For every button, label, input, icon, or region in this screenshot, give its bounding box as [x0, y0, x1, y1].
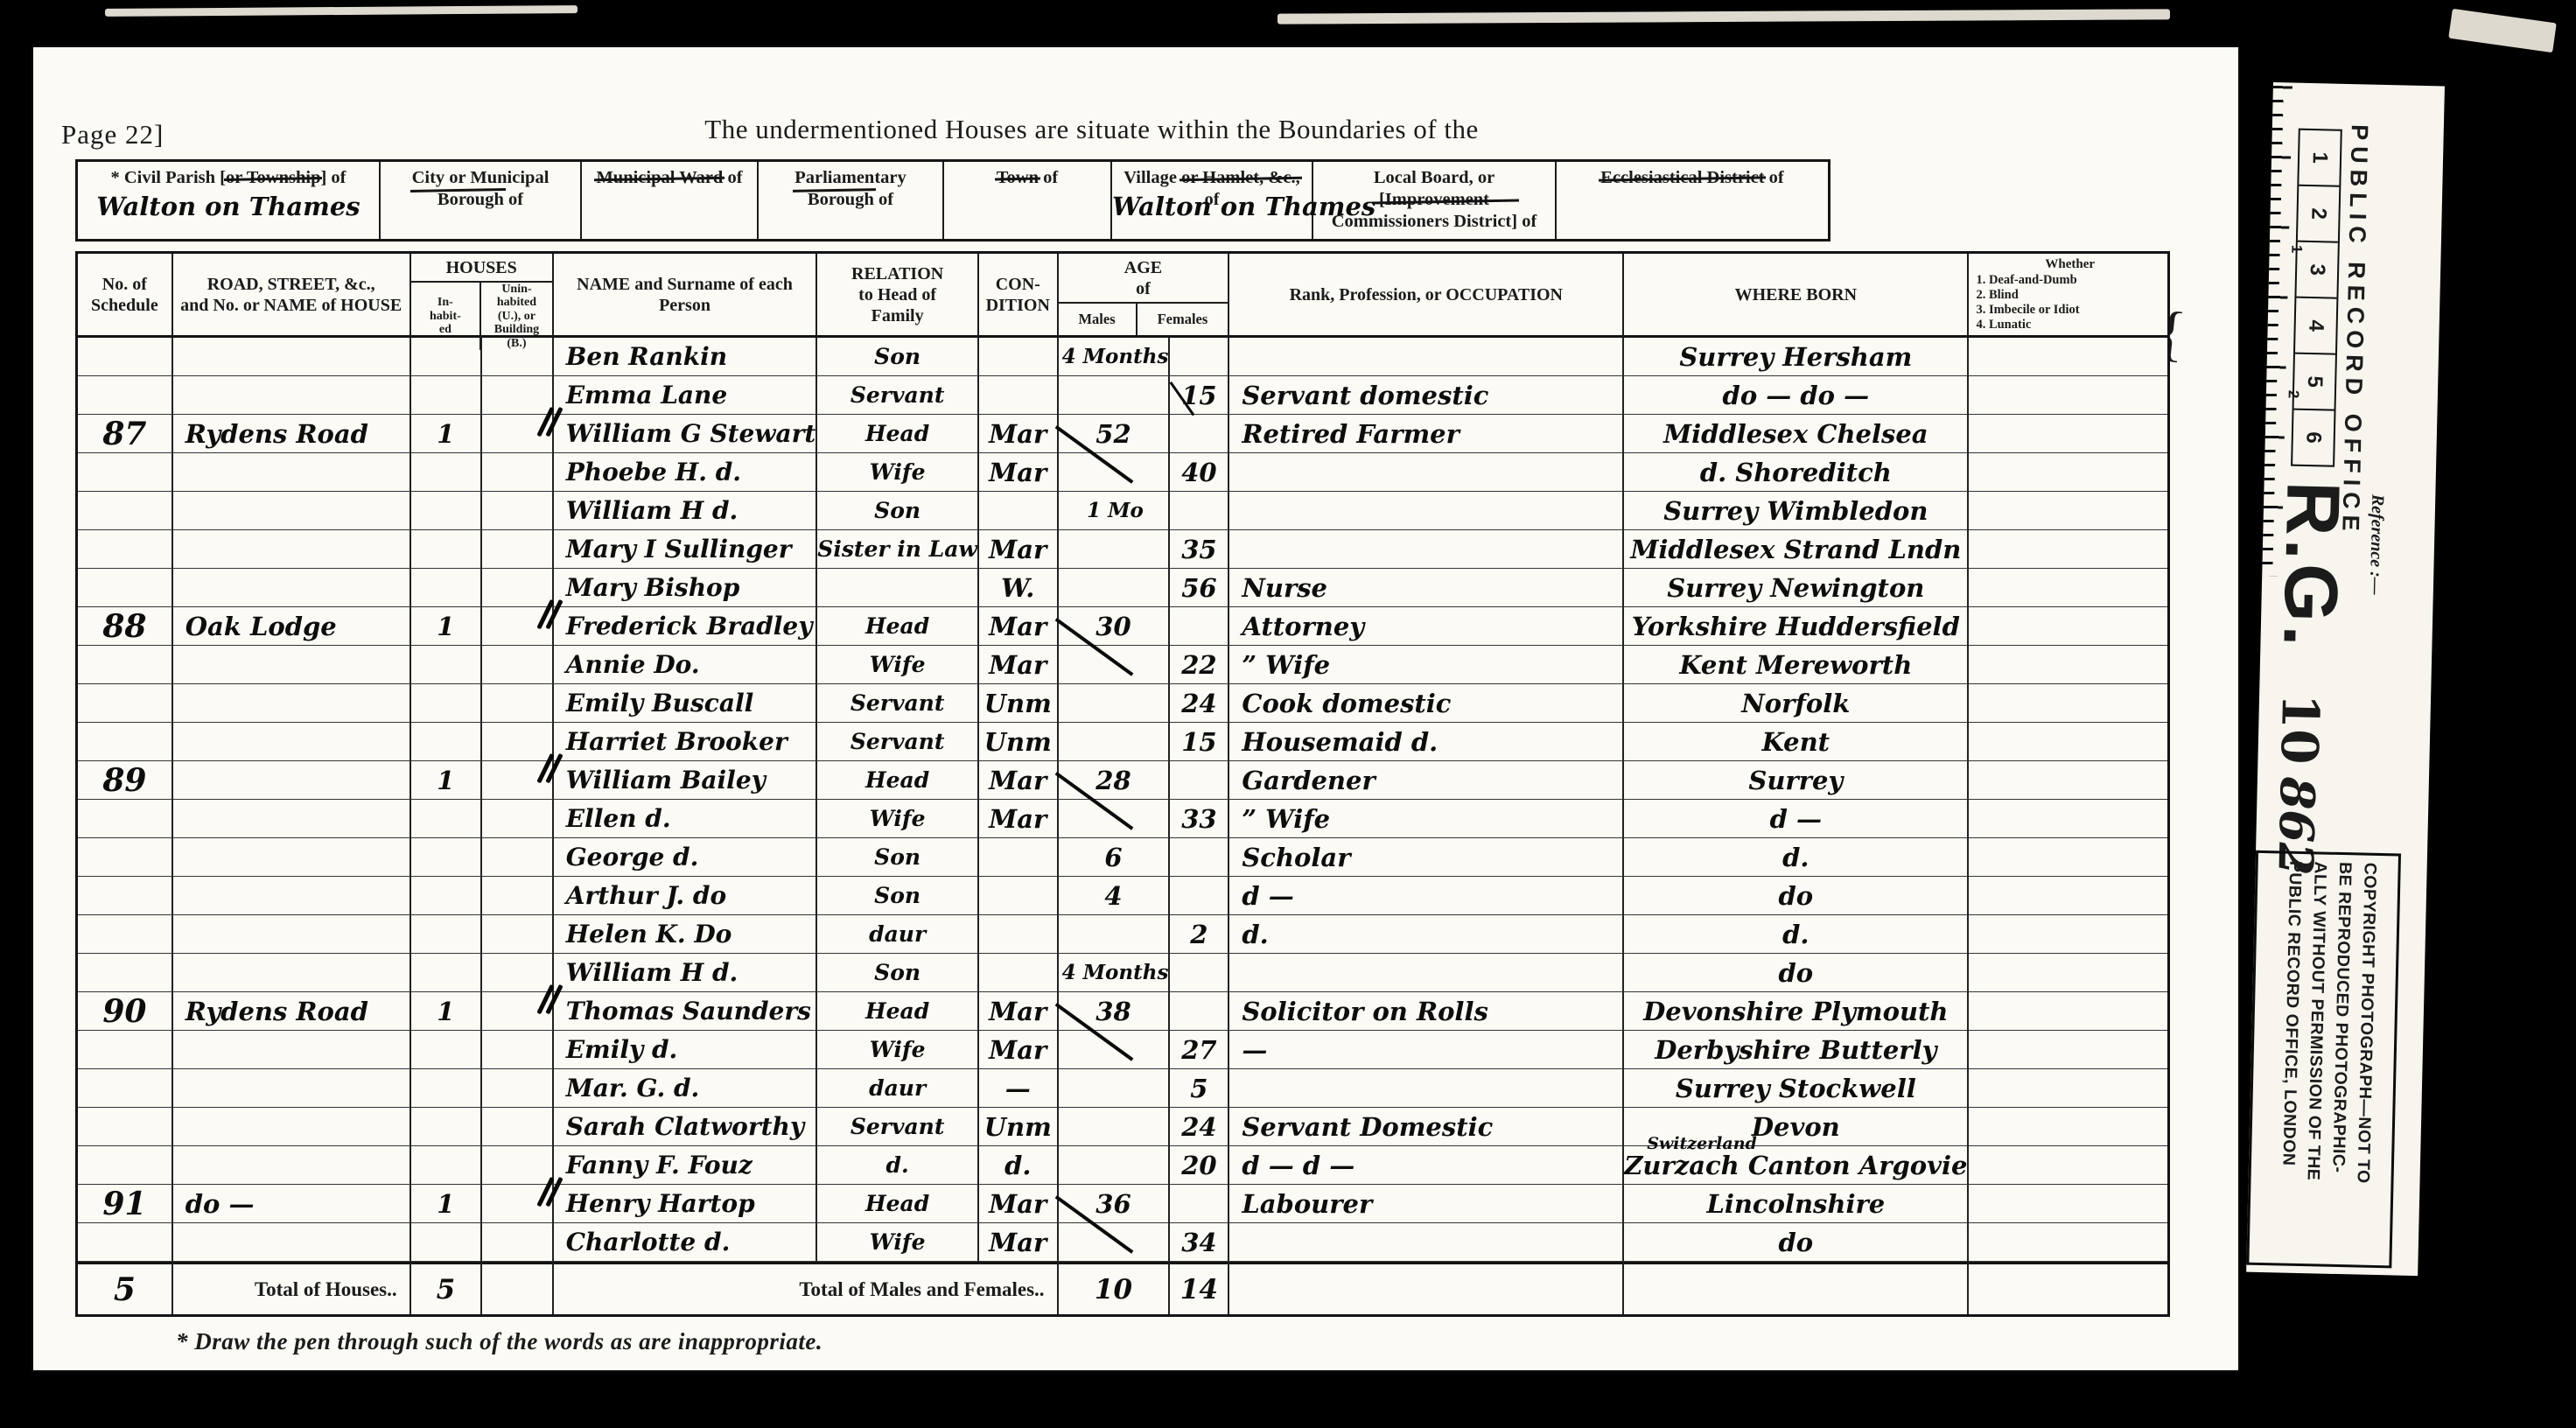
cell-road [173, 530, 411, 569]
cell-road [173, 376, 411, 415]
band-cell-label: Town of [944, 167, 1110, 189]
cell-relation: Servant [817, 1108, 979, 1146]
cell-relation: Head [817, 607, 979, 646]
cell-occupation [1229, 530, 1624, 569]
cell-schedule [78, 530, 173, 569]
cell-occupation: Servant domestic [1229, 376, 1624, 415]
cell-occupation: Housemaid d. [1229, 723, 1624, 761]
cell-schedule: 87 [78, 415, 173, 453]
col-header-houses: HOUSES In- habit- ed Unin- habited (U.),… [411, 254, 554, 338]
cell-whether [1969, 530, 2167, 569]
cell-schedule [78, 1069, 173, 1108]
cell-name: Henry Hartop [554, 1185, 818, 1223]
cell-age-female [1170, 992, 1229, 1031]
cell-whether [1969, 453, 2167, 492]
band-cell-2: Municipal Ward of [582, 162, 759, 239]
cell-age-male [1059, 684, 1171, 723]
cell-schedule [78, 684, 173, 723]
page-banner: The undermentioned Houses are situate wi… [704, 114, 1478, 145]
cell-occupation: d — d — [1229, 1146, 1624, 1185]
col-header-occupation: Rank, Profession, or OCCUPATION [1229, 254, 1624, 338]
cell-relation: daur [817, 915, 979, 954]
cell-inhabited [411, 877, 483, 915]
whether-title: Whether [2045, 257, 2095, 273]
cell-relation: Son [817, 838, 979, 877]
cell-where-born: d. [1624, 915, 1969, 954]
cell-relation: Son [817, 492, 979, 530]
cell-where-born: d. [1624, 838, 1969, 877]
cell-name: Arthur J. do [554, 877, 818, 915]
cell-uninhabited [482, 1031, 554, 1069]
cell-relation: Wife [817, 800, 979, 838]
cell-inhabited [411, 1146, 483, 1185]
cell-road [173, 1031, 411, 1069]
cell-where-born: Lincolnshire [1624, 1185, 1969, 1223]
census-sheet: Page 22] The undermentioned Houses are s… [31, 45, 2240, 1372]
totals-empty-cell [1624, 1262, 1969, 1314]
ruler-box-number: 1 [2299, 130, 2340, 187]
cell-age-male [1059, 1146, 1171, 1185]
cell-occupation [1229, 338, 1624, 376]
cell-age-male [1059, 723, 1171, 761]
band-cell-label: * Civil Parish [or Township] of [78, 167, 379, 189]
cell-whether [1969, 569, 2167, 607]
cell-condition [979, 877, 1059, 915]
cell-age-male [1059, 1108, 1171, 1146]
cell-condition [979, 492, 1059, 530]
cell-road [173, 1223, 411, 1262]
cell-age-female: 24 [1170, 684, 1229, 723]
col-header-condition: CON- DITION [979, 254, 1059, 338]
cell-occupation: Scholar [1229, 838, 1624, 877]
cell-uninhabited [482, 646, 554, 684]
cell-condition: — [979, 1069, 1059, 1108]
cell-inhabited [411, 1108, 483, 1146]
cell-schedule: 89 [78, 761, 173, 800]
cell-where-born: Middlesex Chelsea [1624, 415, 1969, 453]
cell-inhabited [411, 1069, 483, 1108]
cell-schedule [78, 646, 173, 684]
band-cell-5: Village or Hamlet, &c., ofWalton on Tham… [1112, 162, 1313, 239]
col-header-whether: Whether 1. Deaf-and-Dumb2. Blind3. Imbec… [1969, 254, 2167, 338]
cell-condition: Mar [979, 415, 1059, 453]
household-divider-mark [540, 1176, 563, 1211]
houses-group-title: HOUSES [411, 254, 552, 283]
age-group-title: AGE of [1059, 254, 1228, 304]
cell-inhabited [411, 338, 483, 376]
whether-items: 1. Deaf-and-Dumb2. Blind3. Imbecile or I… [1976, 273, 2079, 332]
cell-inhabited: 1 [411, 761, 483, 800]
cell-schedule [78, 569, 173, 607]
cell-occupation [1229, 492, 1624, 530]
cell-whether [1969, 1108, 2167, 1146]
reference-number: R.G. 10 862 [2260, 480, 2355, 877]
cell-schedule: 88 [78, 607, 173, 646]
cell-relation: d. [817, 1146, 979, 1185]
band-cell-3: Parliamentary Borough of [759, 162, 944, 239]
cell-age-female [1170, 877, 1229, 915]
cell-road [173, 915, 411, 954]
cell-age-male [1059, 376, 1171, 415]
cell-name: William H d. [554, 954, 818, 992]
cell-name: William Bailey [554, 761, 818, 800]
cell-name: Ellen d. [554, 800, 818, 838]
whether-item: 3. Imbecile or Idiot [1976, 303, 2079, 318]
cell-where-born: Surrey Stockwell [1624, 1069, 1969, 1108]
cell-name: Phoebe H. d. [554, 453, 818, 492]
cell-age-male: 28 [1059, 761, 1171, 800]
totals-empty-cell [1969, 1262, 2167, 1314]
cell-occupation: ” Wife [1229, 646, 1624, 684]
cell-uninhabited [482, 453, 554, 492]
cell-condition: Mar [979, 761, 1059, 800]
cell-age-male [1059, 530, 1171, 569]
cell-occupation: Cook domestic [1229, 684, 1624, 723]
cell-age-male [1059, 800, 1171, 838]
cell-age-male: 52 [1059, 415, 1171, 453]
cell-inhabited [411, 646, 483, 684]
cell-age-male [1059, 646, 1171, 684]
col-header-age: AGE of Males Females [1059, 254, 1230, 338]
cell-age-male: 4 Months [1059, 338, 1171, 376]
cell-name: Mary Bishop [554, 569, 818, 607]
cell-inhabited [411, 1223, 483, 1262]
cell-whether [1969, 415, 2167, 453]
cell-occupation: Attorney [1229, 607, 1624, 646]
cell-whether [1969, 761, 2167, 800]
cell-inhabited: 1 [411, 992, 483, 1031]
copyright-stamp-line: ALLY WITHOUT PERMISSION OF THE [2302, 861, 2328, 1256]
cell-road: Rydens Road [173, 415, 411, 453]
cell-name: Harriet Brooker [554, 723, 818, 761]
cell-uninhabited [482, 1223, 554, 1262]
cell-age-male [1059, 453, 1171, 492]
piece-number-part1: 10 [2269, 693, 2330, 765]
cell-uninhabited [482, 684, 554, 723]
cell-name: Emily d. [554, 1031, 818, 1069]
cell-age-female [1170, 761, 1229, 800]
cell-condition: Unm [979, 723, 1059, 761]
band-cell-label: Parliamentary Borough of [759, 167, 942, 211]
cell-schedule [78, 877, 173, 915]
cell-age-female [1170, 1185, 1229, 1223]
cell-condition: Unm [979, 684, 1059, 723]
cell-age-female: 33 [1170, 800, 1229, 838]
cell-name: Emma Lane [554, 376, 818, 415]
cell-schedule [78, 492, 173, 530]
cell-road [173, 492, 411, 530]
cell-relation: Son [817, 877, 979, 915]
cell-age-female [1170, 415, 1229, 453]
cell-whether [1969, 492, 2167, 530]
cell-name: Fanny F. Fouz [554, 1146, 818, 1185]
cell-age-male: 1 Mo [1059, 492, 1171, 530]
cell-name: Mary I Sullinger [554, 530, 818, 569]
scan-streak [1277, 9, 2170, 24]
col-header-females: Females [1137, 304, 1228, 335]
cell-age-female: 5 [1170, 1069, 1229, 1108]
cell-occupation [1229, 1223, 1624, 1262]
cell-age-female: 56 [1170, 569, 1229, 607]
cell-schedule [78, 800, 173, 838]
cell-name: Ben Rankin [554, 338, 818, 376]
cell-where-born: Devonshire Plymouth [1624, 992, 1969, 1031]
cell-whether [1969, 838, 2167, 877]
cell-road [173, 684, 411, 723]
cell-uninhabited [482, 1069, 554, 1108]
cell-whether [1969, 684, 2167, 723]
cell-schedule [78, 838, 173, 877]
cell-occupation: Servant Domestic [1229, 1108, 1624, 1146]
totals-margin-figure: 5 [78, 1262, 173, 1314]
cell-condition: Mar [979, 646, 1059, 684]
cell-name: Sarah Clatworthy [554, 1108, 818, 1146]
cell-age-male [1059, 1069, 1171, 1108]
cell-age-female: 2 [1170, 915, 1229, 954]
cell-condition: Mar [979, 530, 1059, 569]
cell-condition [979, 915, 1059, 954]
cell-uninhabited [482, 877, 554, 915]
cell-schedule [78, 1146, 173, 1185]
cell-occupation: d. [1229, 915, 1624, 954]
cell-relation: Son [817, 338, 979, 376]
reference-label: Reference :— [2365, 494, 2388, 595]
cell-uninhabited [482, 338, 554, 376]
cell-condition: W. [979, 569, 1059, 607]
total-males-value: 10 [1059, 1262, 1171, 1314]
cell-age-female: 20 [1170, 1146, 1229, 1185]
band-cell-label: Municipal Ward of [582, 167, 757, 189]
household-divider-mark [540, 598, 563, 633]
pro-office-label: PUBLIC RECORD OFFICE [2336, 124, 2373, 536]
cell-condition: Mar [979, 1185, 1059, 1223]
cell-where-born: Derbyshire Butterly [1624, 1031, 1969, 1069]
cell-schedule [78, 1223, 173, 1262]
cell-uninhabited [482, 915, 554, 954]
cell-where-born: do [1624, 1223, 1969, 1262]
cell-road [173, 954, 411, 992]
cell-occupation: Nurse [1229, 569, 1624, 607]
band-cell-handwritten-value: Walton on Thames [1112, 192, 1312, 221]
cell-condition: Mar [979, 800, 1059, 838]
cell-occupation: — [1229, 1031, 1624, 1069]
col-header-born: WHERE BORN [1624, 254, 1969, 338]
cell-occupation [1229, 1069, 1624, 1108]
cell-relation: Wife [817, 453, 979, 492]
cell-inhabited: 1 [411, 607, 483, 646]
band-cell-label: City or Municipal Borough of [381, 167, 580, 211]
cell-schedule [78, 915, 173, 954]
cell-occupation: Labourer [1229, 1185, 1624, 1223]
cell-age-male [1059, 1031, 1171, 1069]
cell-name: William G Stewart [554, 415, 818, 453]
cell-inhabited [411, 569, 483, 607]
cell-uninhabited [482, 838, 554, 877]
scan-streak [105, 5, 577, 17]
cell-schedule: 90 [78, 992, 173, 1031]
cell-road [173, 1146, 411, 1185]
cell-where-born: Surrey Hersham [1624, 338, 1969, 376]
cell-condition: Mar [979, 1223, 1059, 1262]
census-table: No. of Schedule ROAD, STREET, &c., and N… [75, 251, 2170, 1317]
cell-inhabited [411, 453, 483, 492]
cell-relation [817, 569, 979, 607]
col-header-name: NAME and Surname of each Person [554, 254, 818, 338]
cell-condition [979, 338, 1059, 376]
cell-whether [1969, 877, 2167, 915]
cell-condition: Mar [979, 1031, 1059, 1069]
cell-age-male: 38 [1059, 992, 1171, 1031]
band-cell-label: Ecclesiastical District of [1557, 167, 1828, 189]
cell-inhabited [411, 954, 483, 992]
cell-age-male: 36 [1059, 1185, 1171, 1223]
cell-inhabited [411, 376, 483, 415]
ruler-numbers: 12 [2273, 82, 2445, 86]
cell-uninhabited [482, 492, 554, 530]
whether-item: 1. Deaf-and-Dumb [1976, 273, 2079, 288]
cell-relation: Wife [817, 1031, 979, 1069]
col-header-road: ROAD, STREET, &c., and No. or NAME of HO… [173, 254, 411, 338]
cell-where-born: Kent Mereworth [1624, 646, 1969, 684]
cell-age-female [1170, 338, 1229, 376]
cell-whether [1969, 1223, 2167, 1262]
band-cell-4: Town of [944, 162, 1112, 239]
cell-relation: Servant [817, 723, 979, 761]
whether-item: 2. Blind [1976, 288, 2079, 303]
cell-condition: Mar [979, 607, 1059, 646]
cell-road: Oak Lodge [173, 607, 411, 646]
cell-inhabited [411, 723, 483, 761]
band-cell-7: Ecclesiastical District of [1557, 162, 1828, 239]
where-born-note: Switzerland [1647, 1134, 1757, 1153]
cell-schedule [78, 723, 173, 761]
ruler-number-boxes: 123456 [2291, 129, 2342, 467]
ruler-box-number: 2 [2298, 186, 2339, 243]
cell-uninhabited [482, 530, 554, 569]
band-cell-1: City or Municipal Borough of [381, 162, 582, 239]
cell-road [173, 877, 411, 915]
cell-road [173, 800, 411, 838]
cell-uninhabited [482, 800, 554, 838]
cell-whether [1969, 915, 2167, 954]
cell-whether [1969, 1146, 2167, 1185]
cell-relation: Head [817, 1185, 979, 1223]
household-divider-mark [540, 983, 563, 1018]
cell-occupation: Solicitor on Rolls [1229, 992, 1624, 1031]
cell-where-born: Kent [1624, 723, 1969, 761]
cell-name: Charlotte d. [554, 1223, 818, 1262]
totals-empty-cell [482, 1262, 554, 1314]
household-divider-mark [540, 752, 563, 787]
cell-name: Mar. G. d. [554, 1069, 818, 1108]
cell-whether [1969, 992, 2167, 1031]
cell-inhabited [411, 800, 483, 838]
cell-whether [1969, 723, 2167, 761]
cell-relation: Son [817, 954, 979, 992]
pro-reference-card: 12 123456 PUBLIC RECORD OFFICE Reference… [2246, 82, 2445, 1276]
cell-inhabited [411, 915, 483, 954]
total-females-value: 14 [1170, 1262, 1229, 1314]
cell-age-female [1170, 838, 1229, 877]
cell-condition: Unm [979, 1108, 1059, 1146]
cell-where-born: d. Shoreditch [1624, 453, 1969, 492]
band-cell-0: * Civil Parish [or Township] ofWalton on… [78, 162, 381, 239]
cell-road [173, 723, 411, 761]
cell-road [173, 838, 411, 877]
cell-road [173, 338, 411, 376]
cell-whether [1969, 376, 2167, 415]
cell-whether [1969, 1069, 2167, 1108]
cell-condition [979, 954, 1059, 992]
cell-relation: Wife [817, 1223, 979, 1262]
cell-relation: Servant [817, 684, 979, 723]
cell-condition: Mar [979, 992, 1059, 1031]
cell-whether [1969, 646, 2167, 684]
cell-name: Helen K. Do [554, 915, 818, 954]
cell-inhabited [411, 530, 483, 569]
cell-occupation [1229, 453, 1624, 492]
total-houses-value: 5 [411, 1262, 483, 1314]
cell-age-female: 24 [1170, 1108, 1229, 1146]
copyright-stamp-line: BE REPRODUCED PHOTOGRAPHIC- [2327, 862, 2354, 1257]
cell-road: do — [173, 1185, 411, 1223]
cell-name: Annie Do. [554, 646, 818, 684]
cell-relation: Head [817, 415, 979, 453]
cell-name: Frederick Bradley [554, 607, 818, 646]
cell-where-born: Zurzach Canton ArgovieSwitzerland [1624, 1146, 1969, 1185]
cell-age-male: 4 Months [1059, 954, 1171, 992]
cell-whether [1969, 338, 2167, 376]
cell-schedule: 91 [78, 1185, 173, 1223]
cell-relation: daur [817, 1069, 979, 1108]
totals-empty-cell [1229, 1262, 1624, 1314]
cell-where-born: do [1624, 954, 1969, 992]
cell-age-male: 4 [1059, 877, 1171, 915]
col-header-schedule: No. of Schedule [78, 254, 173, 338]
ruler-box-number: 3 [2296, 242, 2337, 299]
cell-road [173, 761, 411, 800]
cell-age-male: 6 [1059, 838, 1171, 877]
cell-relation: Wife [817, 646, 979, 684]
cell-road [173, 569, 411, 607]
cell-age-female [1170, 492, 1229, 530]
household-divider-mark [540, 406, 563, 441]
copyright-stamp-line: PUBLIC RECORD OFFICE, LONDON [2278, 861, 2304, 1256]
cell-age-male [1059, 569, 1171, 607]
cell-occupation: ” Wife [1229, 800, 1624, 838]
cell-condition: d. [979, 1146, 1059, 1185]
cell-schedule [78, 1031, 173, 1069]
cell-inhabited [411, 684, 483, 723]
cell-where-born: do — do — [1624, 376, 1969, 415]
cell-age-female: 35 [1170, 530, 1229, 569]
ruler-box-number: 6 [2292, 410, 2334, 465]
form-footnote: * Draw the pen through such of the words… [176, 1328, 822, 1355]
cell-age-female [1170, 607, 1229, 646]
cell-whether [1969, 607, 2167, 646]
cell-age-female: 27 [1170, 1031, 1229, 1069]
header-band: * Civil Parish [or Township] ofWalton on… [75, 159, 1830, 241]
cell-where-born: Surrey Wimbledon [1624, 492, 1969, 530]
cell-schedule [78, 1108, 173, 1146]
cell-relation: Sister in Law [817, 530, 979, 569]
cell-whether [1969, 800, 2167, 838]
cell-where-born: Norfolk [1624, 684, 1969, 723]
cell-inhabited [411, 1031, 483, 1069]
cell-occupation: Retired Farmer [1229, 415, 1624, 453]
cell-road [173, 646, 411, 684]
cell-where-born: Middlesex Strand Lndn [1624, 530, 1969, 569]
